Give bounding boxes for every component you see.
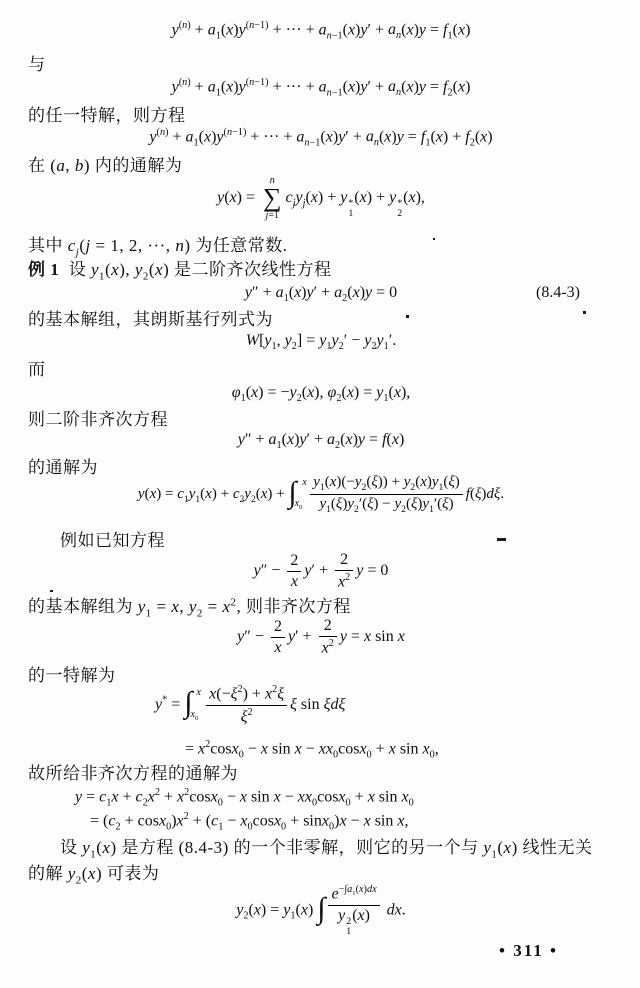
scan-speckle: [497, 538, 506, 541]
text-wronskian-intro: 的基本解组，其朗斯基行列式为: [28, 309, 614, 330]
text-general-solution-in-ab: 在 (a, b) 内的通解为: [28, 155, 614, 176]
text-then: 而: [28, 359, 614, 380]
equation-general-f1: y(n) + a1(x)y(n−1) + ··· + an−1(x)y′ + a…: [28, 20, 614, 43]
equation-homogeneous-example: y″ − 2xy′ + 2x2y = 0: [28, 551, 614, 592]
equation-general-f1-plus-f2: y(n) + a1(x)y(n−1) + ··· + an−1(x)y′ + a…: [28, 127, 614, 150]
scan-speckle: [406, 315, 409, 318]
equation-full-general-solution-grouped: = (c2 + cosx0)x2 + (c1 − x0cosx0 + sinx0…: [28, 811, 614, 834]
equation-nonhomogeneous: y″ + a1(x)y′ + a2(x)y = f(x): [28, 430, 614, 453]
book-page: y(n) + a1(x)y(n−1) + ··· + an−1(x)y′ + a…: [0, 0, 640, 988]
equation-full-general-solution: y = c1x + c2x2 + x2cosx0 − x sin x − xx0…: [28, 787, 614, 810]
equation-reduction-of-order: y2(x) = y1(x) ∫e−∫a1(x)dxy21(x) dx.: [28, 884, 614, 937]
equation-phi-functions: φ1(x) = −y2(x), φ2(x) = y1(x),: [28, 383, 614, 406]
text-nonzero-solution-setup: 设 y1(x) 是方程 (8.4-3) 的一个非零解，则它的另一个与 y1(x)…: [28, 837, 614, 862]
equation-ystar-integral: y* = ∫xx0x(−ξ2) + x2ξξ2ξ sin ξdξ: [28, 684, 614, 726]
text-arbitrary-constants: 其中 cj(j = 1, 2, ···, n) 为任意常数.: [28, 235, 614, 260]
equation-number-tag: (8.4-3): [536, 283, 580, 303]
scan-speckle: [433, 238, 435, 240]
text-nonhomogeneous-intro: 则二阶非齐次方程: [28, 409, 614, 430]
equation-variation-of-parameters: y(x) = c1y1(x) + c2y2(x) + ∫xx0y1(x)(−y2…: [28, 474, 614, 515]
equation-superposition-sum: y(x) = n∑j=1cjyj(x) + y*1(x) + y*2(x),: [28, 176, 614, 221]
text-example-1-intro: 例 1 设 y1(x), y2(x) 是二阶齐次线性方程: [28, 259, 614, 284]
scan-speckle: [583, 311, 586, 314]
equation-nonhomogeneous-example: y″ − 2xy′ + 2x2y = x sin x: [28, 617, 614, 658]
equation-ystar-result: = x2cosx0 − x sin x − xx0cosx0 + x sin x…: [28, 739, 614, 762]
text-example-known-equation: 例如已知方程: [28, 530, 614, 551]
equation-wronskian: W[y1, y2] = y1y2′ − y2y1′.: [28, 331, 614, 354]
text-and: 与: [28, 54, 614, 75]
page-number: • 311 •: [499, 941, 558, 961]
equation-homogeneous: y″ + a1(x)y′ + a2(x)y = 0: [28, 283, 614, 306]
text-therefore-general-solution: 故所给非齐次方程的通解为: [28, 763, 614, 784]
text-particular-solution: 的任一特解，则方程: [28, 105, 614, 126]
equation-843-row: y″ + a1(x)y′ + a2(x)y = 0 (8.4-3): [28, 283, 614, 306]
scan-speckle: [50, 590, 53, 592]
equation-general-f2: y(n) + a1(x)y(n−1) + ··· + an−1(x)y′ + a…: [28, 77, 614, 100]
